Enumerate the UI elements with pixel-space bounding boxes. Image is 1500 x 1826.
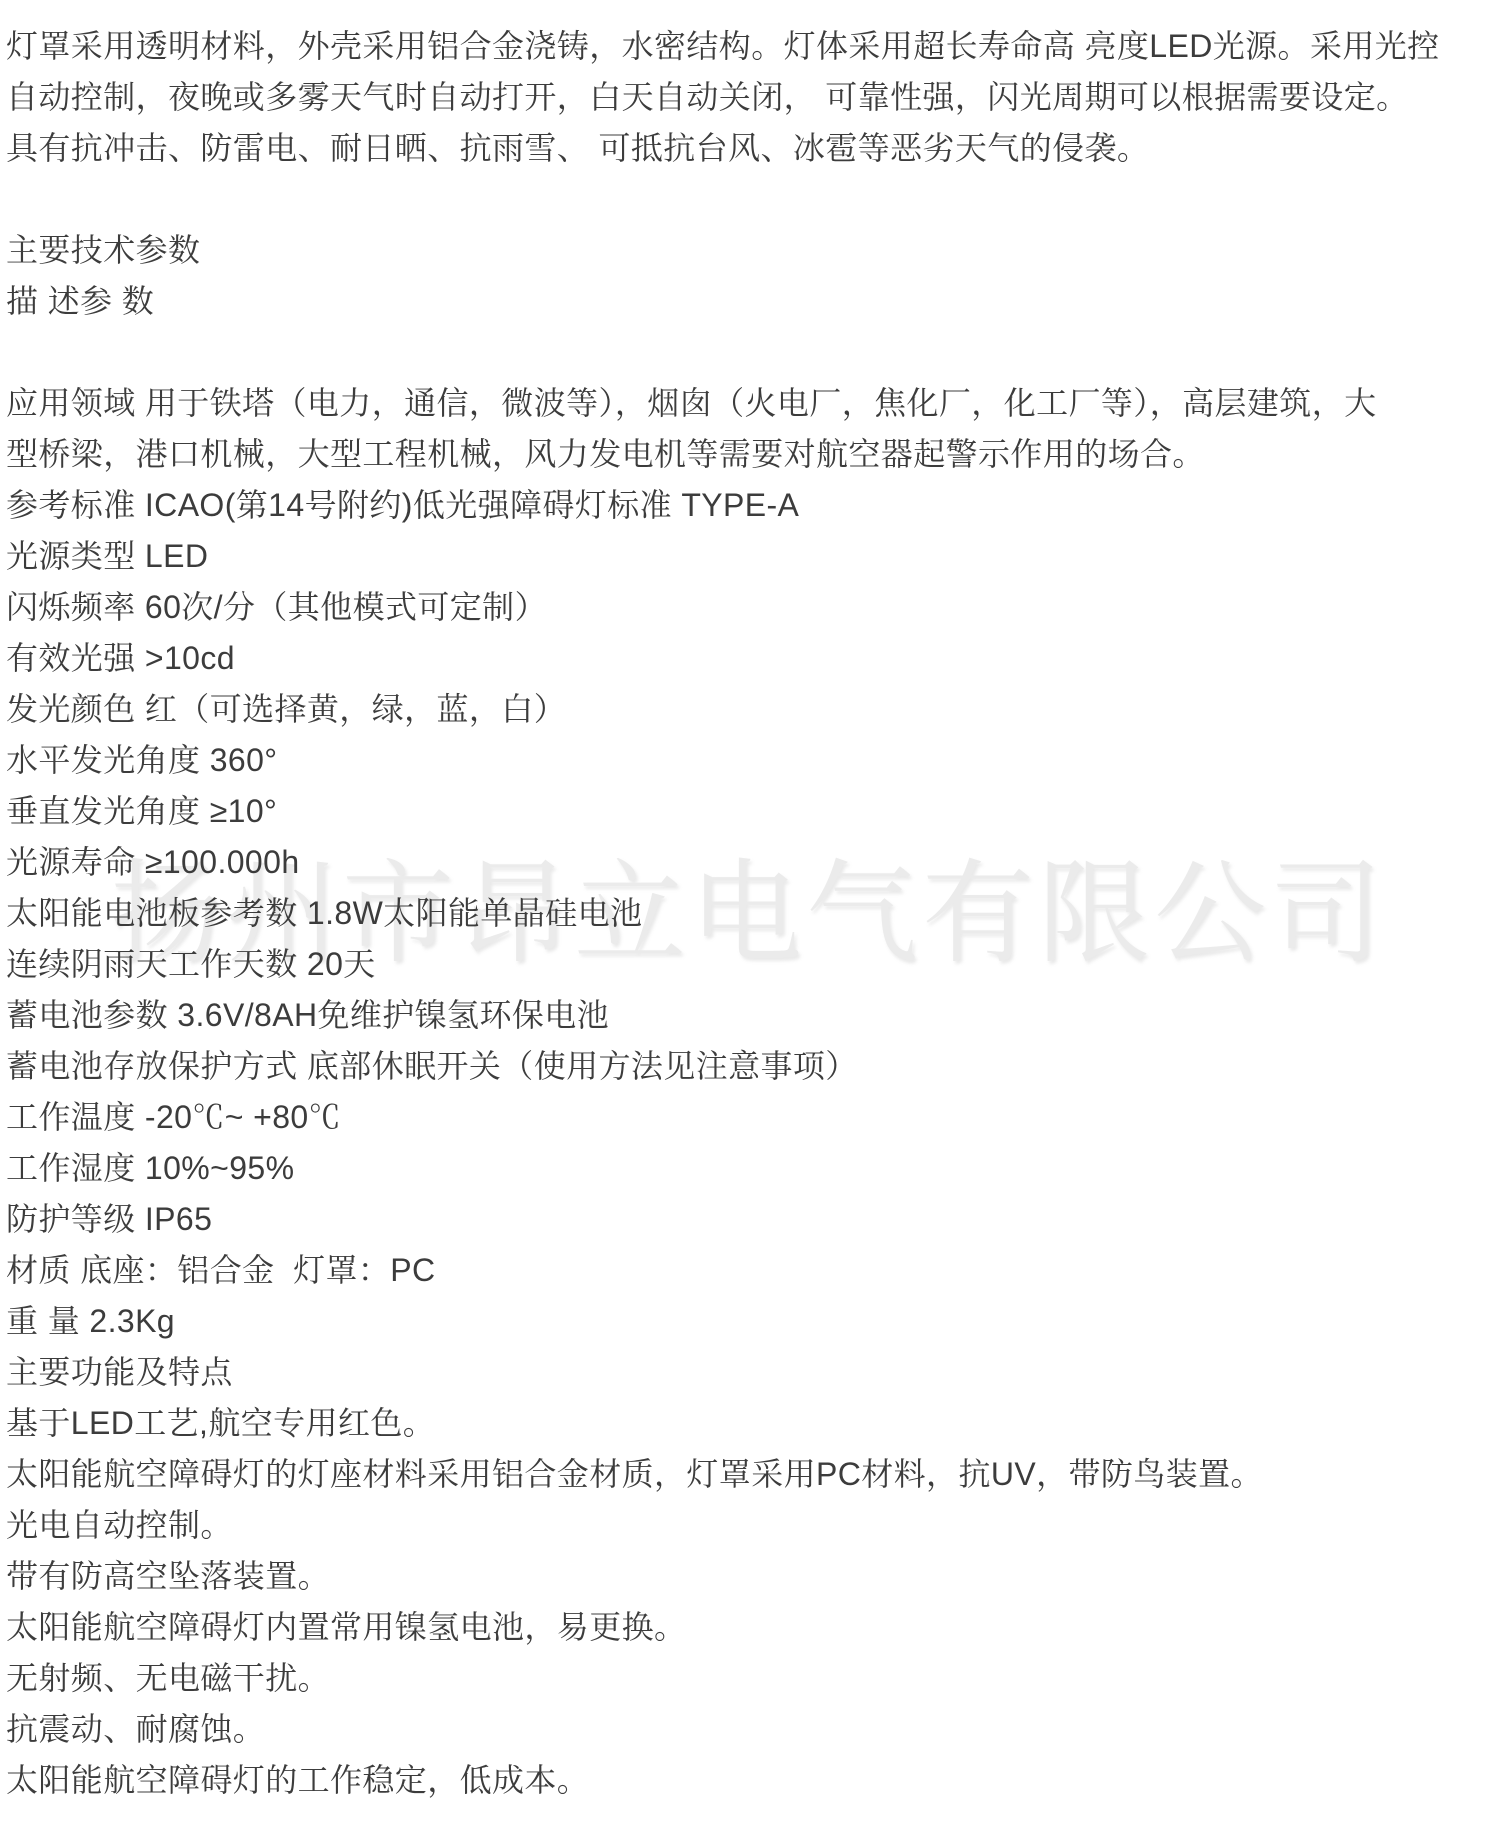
blank-line [6,327,1498,378]
text-line: 太阳能航空障碍灯的灯座材料采用铝合金材质，灯罩采用PC材料，抗UV，带防鸟装置。 [6,1449,1498,1500]
text-line: 基于LED工艺,航空专用红色。 [6,1398,1498,1449]
text-line: 带有防高空坠落装置。 [6,1551,1498,1602]
text-line: 太阳能电池板参考数 1.8W太阳能单晶硅电池 [6,888,1498,939]
text-line: 垂直发光角度 ≥10° [6,786,1498,837]
text-line: 重 量 2.3Kg [6,1296,1498,1347]
text-line: 蓄电池存放保护方式 底部休眠开关（使用方法见注意事项） [6,1041,1498,1092]
text-line: 应用领域 用于铁塔（电力，通信，微波等），烟囱（火电厂，焦化厂，化工厂等），高层… [6,378,1498,429]
text-line: 主要技术参数 [6,225,1498,276]
text-line: 光源寿命 ≥100.000h [6,837,1498,888]
text-line: 蓄电池参数 3.6V/8AH免维护镍氢环保电池 [6,990,1498,1041]
text-line: 具有抗冲击、防雷电、耐日晒、抗雨雪、 可抵抗台风、冰雹等恶劣天气的侵袭。 [6,123,1498,174]
text-line: 防护等级 IP65 [6,1194,1498,1245]
text-line: 型桥梁，港口机械，大型工程机械，风力发电机等需要对航空器起警示作用的场合。 [6,429,1498,480]
text-line: 抗震动、耐腐蚀。 [6,1704,1498,1755]
text-line: 太阳能航空障碍灯内置常用镍氢电池，易更换。 [6,1602,1498,1653]
text-line: 自动控制，夜晚或多雾天气时自动打开，白天自动关闭， 可靠性强，闪光周期可以根据需… [6,72,1498,123]
text-line: 工作湿度 10%~95% [6,1143,1498,1194]
blank-line [6,174,1498,225]
product-description-page: 扬州市昂立电气有限公司 灯罩采用透明材料，外壳采用铝合金浇铸，水密结构。灯体采用… [0,0,1500,1826]
text-line: 太阳能航空障碍灯的工作稳定，低成本。 [6,1755,1498,1806]
text-line: 光源类型 LED [6,531,1498,582]
text-line: 闪烁频率 60次/分（其他模式可定制） [6,582,1498,633]
text-line: 灯罩采用透明材料，外壳采用铝合金浇铸，水密结构。灯体采用超长寿命高 亮度LED光… [6,21,1498,72]
text-line: 材质 底座：铝合金 灯罩：PC [6,1245,1498,1296]
text-line: 参考标准 ICAO(第14号附约)低光强障碍灯标准 TYPE-A [6,480,1498,531]
text-line: 描 述参 数 [6,276,1498,327]
text-line: 发光颜色 红（可选择黄，绿，蓝，白） [6,684,1498,735]
text-line: 无射频、无电磁干扰。 [6,1653,1498,1704]
document-body: 灯罩采用透明材料，外壳采用铝合金浇铸，水密结构。灯体采用超长寿命高 亮度LED光… [6,21,1498,1806]
text-line: 光电自动控制。 [6,1500,1498,1551]
text-line: 有效光强 >10cd [6,633,1498,684]
text-line: 连续阴雨天工作天数 20天 [6,939,1498,990]
text-line: 工作温度 -20℃~ +80℃ [6,1092,1498,1143]
text-line: 水平发光角度 360° [6,735,1498,786]
text-line: 主要功能及特点 [6,1347,1498,1398]
